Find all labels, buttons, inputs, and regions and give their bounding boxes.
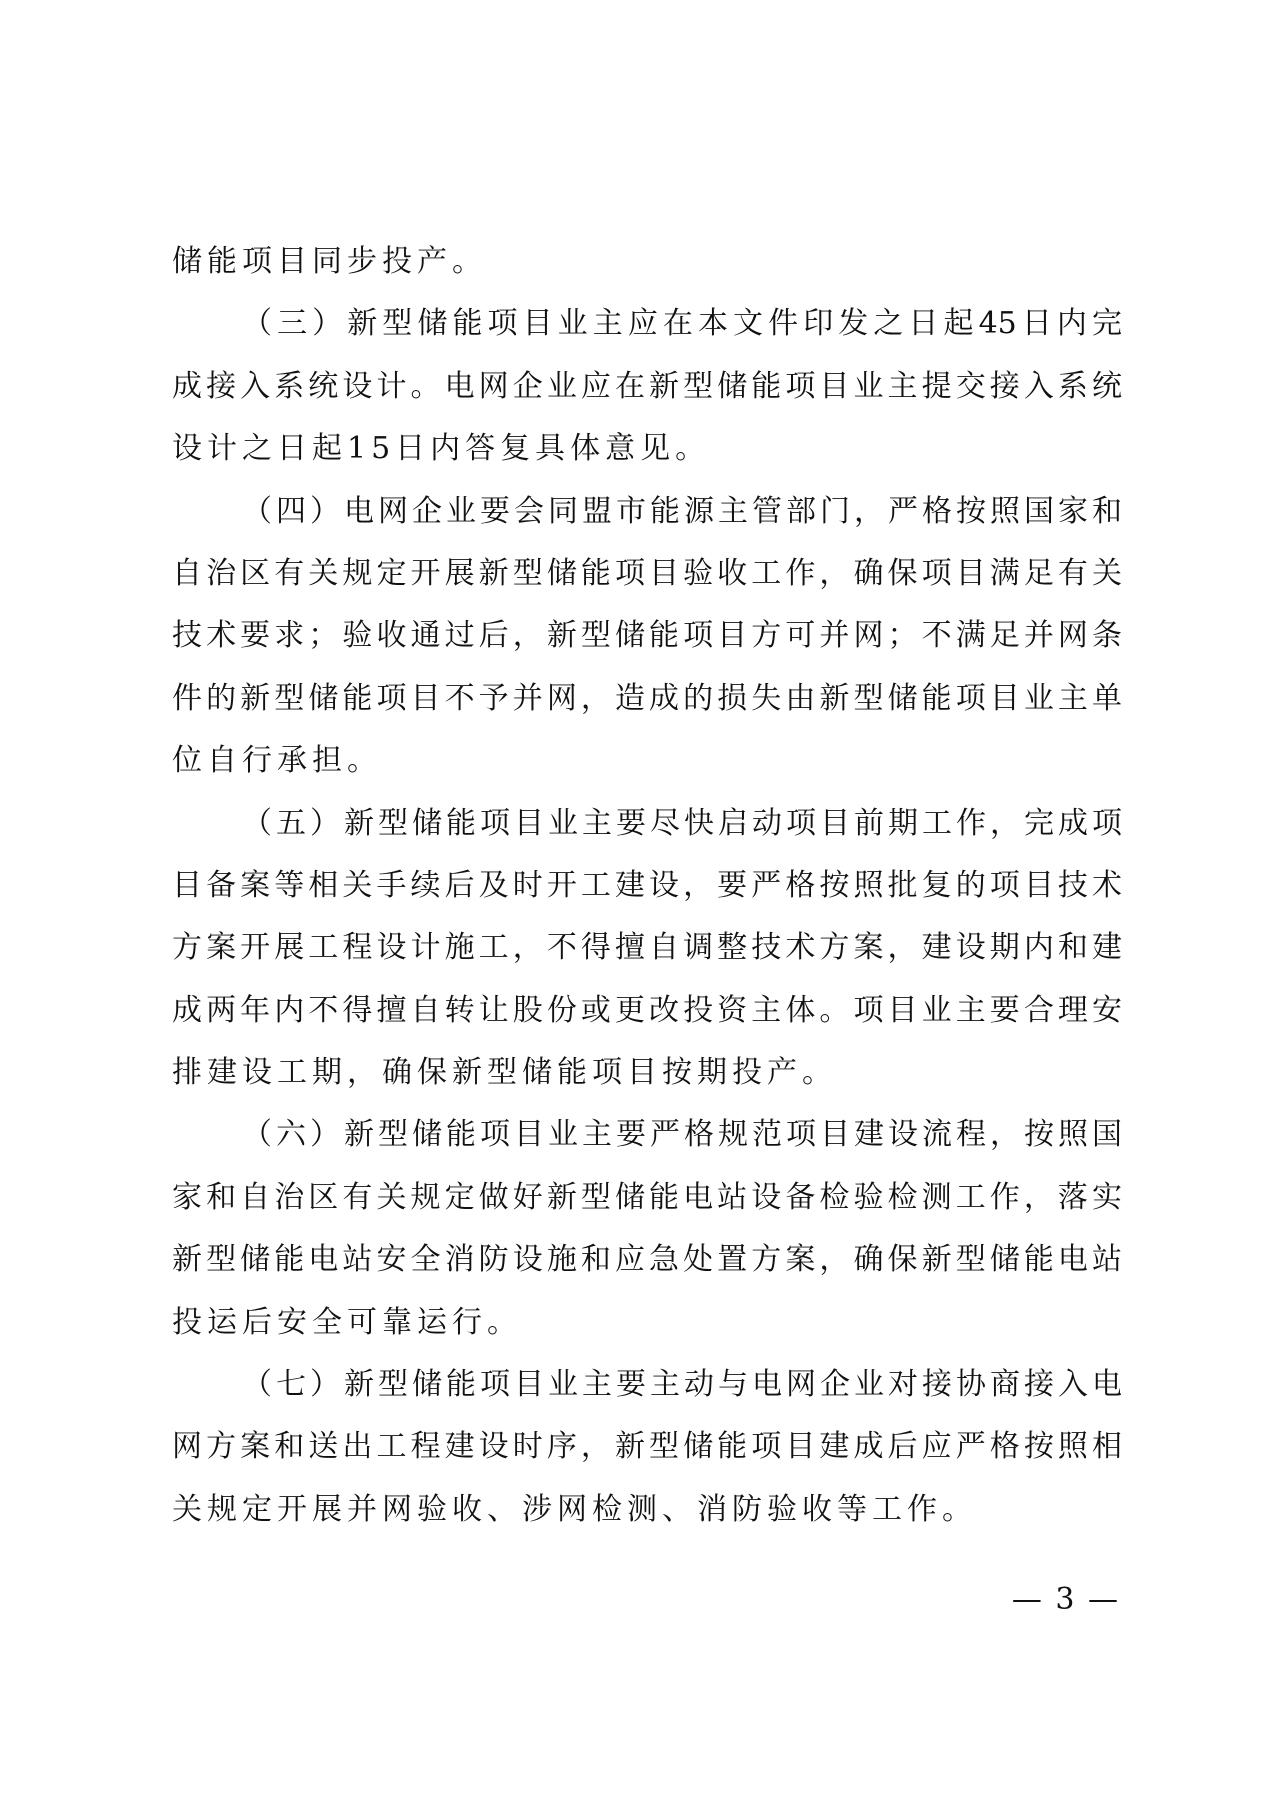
- text-line-item-6-start: （六）新型储能项目业主要严格规范项目建设流程，按照国: [172, 1104, 1122, 1166]
- text-line: 网方案和送出工程建设时序，新型储能项目建成后应严格按照相: [172, 1416, 1122, 1478]
- text-line: 设计之日起15日内答复具体意见。: [172, 418, 1122, 480]
- text-line: 家和自治区有关规定做好新型储能电站设备检验检测工作，落实: [172, 1167, 1122, 1229]
- text-line-item-3-start: （三）新型储能项目业主应在本文件印发之日起45日内完: [172, 293, 1122, 355]
- text-line-item-4-start: （四）电网企业要会同盟市能源主管部门，严格按照国家和: [172, 481, 1122, 543]
- text-line: 排建设工期，确保新型储能项目按期投产。: [172, 1042, 1122, 1104]
- text-line-continuation: 储能项目同步投产。: [172, 231, 1122, 293]
- text-line: 技术要求；验收通过后，新型储能项目方可并网；不满足并网条: [172, 605, 1122, 667]
- text-line: 投运后安全可靠运行。: [172, 1292, 1122, 1354]
- text-line-item-7-start: （七）新型储能项目业主要主动与电网企业对接协商接入电: [172, 1354, 1122, 1416]
- document-body: 储能项目同步投产。 （三）新型储能项目业主应在本文件印发之日起45日内完 成接入…: [172, 231, 1122, 1541]
- text-line: 关规定开展并网验收、涉网检测、消防验收等工作。: [172, 1479, 1122, 1541]
- text-line: 件的新型储能项目不予并网，造成的损失由新型储能项目业主单: [172, 668, 1122, 730]
- text-line: 位自行承担。: [172, 730, 1122, 792]
- page-number: — 3 —: [1012, 1582, 1120, 1618]
- text-line: 目备案等相关手续后及时开工建设，要严格按照批复的项目技术: [172, 855, 1122, 917]
- text-line: 自治区有关规定开展新型储能项目验收工作，确保项目满足有关: [172, 543, 1122, 605]
- text-line-item-5-start: （五）新型储能项目业主要尽快启动项目前期工作，完成项: [172, 793, 1122, 855]
- text-line: 新型储能电站安全消防设施和应急处置方案，确保新型储能电站: [172, 1229, 1122, 1291]
- text-line: 成接入系统设计。电网企业应在新型储能项目业主提交接入系统: [172, 356, 1122, 418]
- document-page: 储能项目同步投产。 （三）新型储能项目业主应在本文件印发之日起45日内完 成接入…: [0, 0, 1280, 1810]
- text-line: 方案开展工程设计施工，不得擅自调整技术方案，建设期内和建: [172, 917, 1122, 979]
- text-line: 成两年内不得擅自转让股份或更改投资主体。项目业主要合理安: [172, 980, 1122, 1042]
